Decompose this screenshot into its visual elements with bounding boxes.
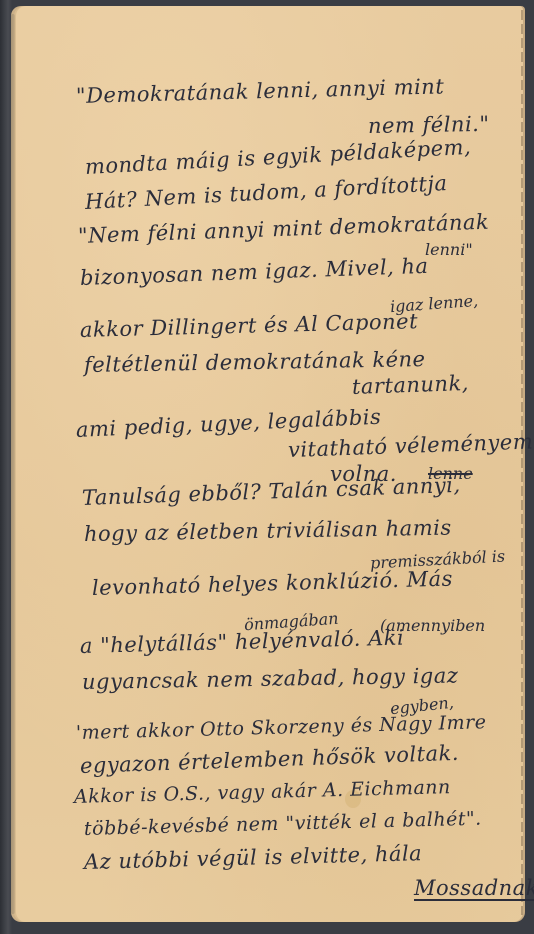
page-binding-edge [11,14,15,914]
handwritten-line-24: Mossadnak). [414,878,534,899]
page-right-edge [521,10,523,915]
handwritten-line-2: nem félni." [368,114,490,137]
insert-lenni: lenni" [425,242,473,258]
handwritten-line-9: tartanunk, [352,373,470,398]
